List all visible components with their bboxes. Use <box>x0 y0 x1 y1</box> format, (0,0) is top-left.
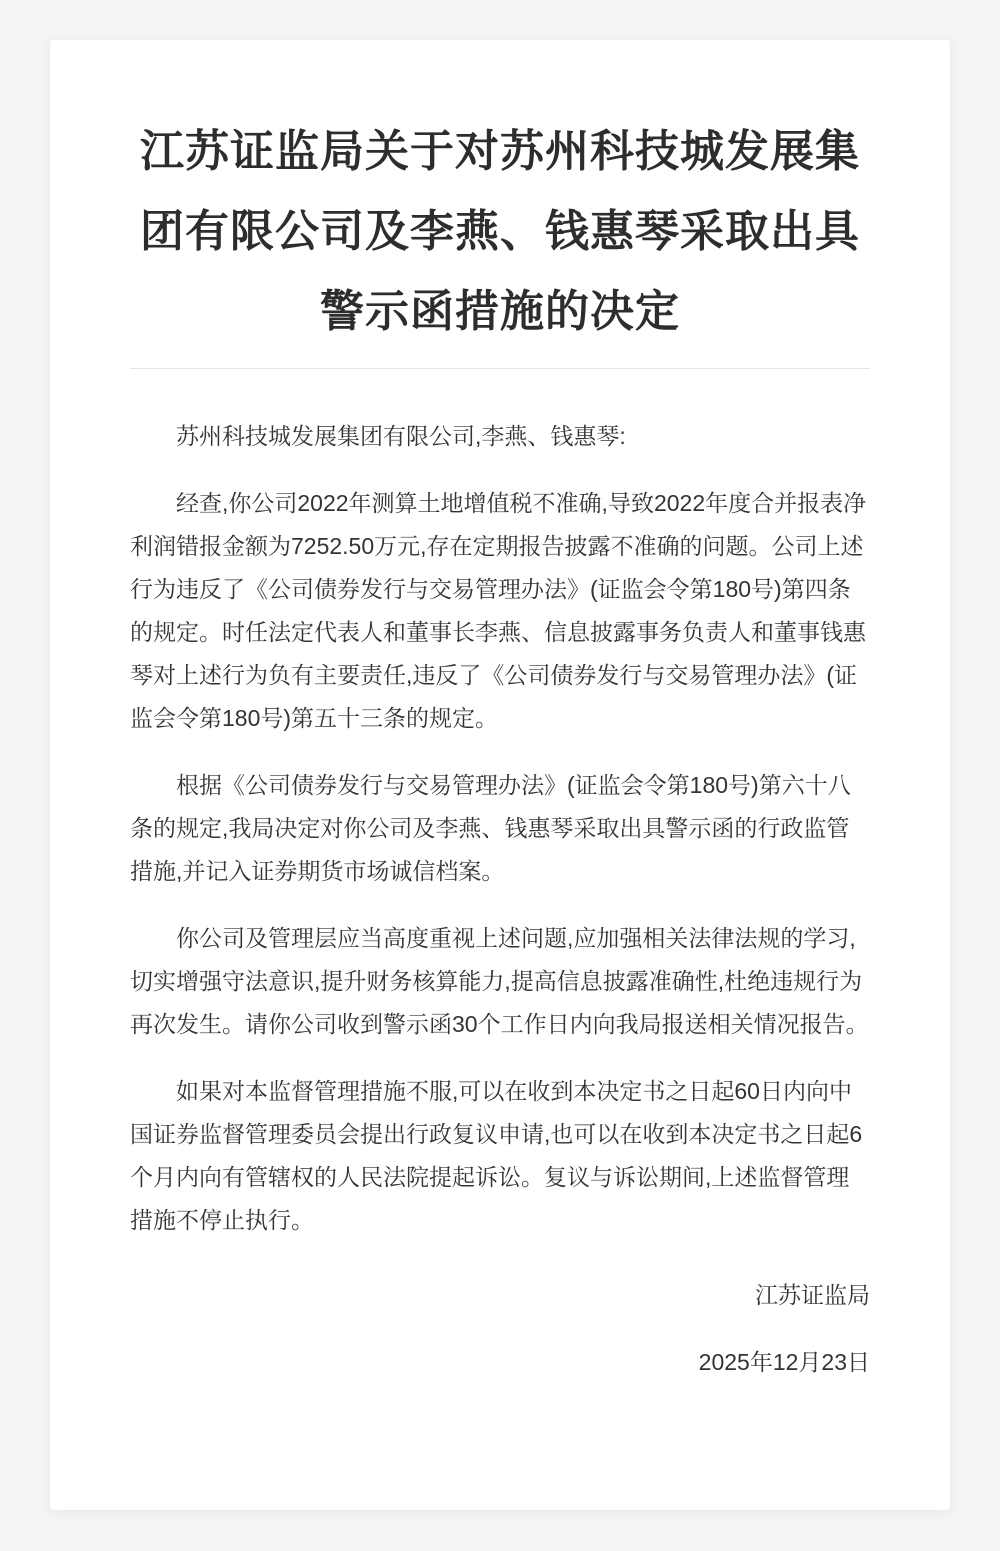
document-card: 江苏证监局关于对苏州科技城发展集 团有限公司及李燕、钱惠琴采取出具 警示函措施的… <box>50 40 950 1510</box>
signature: 江苏证监局 <box>130 1274 870 1317</box>
body-paragraph-4: 如果对本监督管理措施不服,可以在收到本决定书之日起60日内向中国证券监督管理委员… <box>130 1070 870 1242</box>
page-background: 江苏证监局关于对苏州科技城发展集 团有限公司及李燕、钱惠琴采取出具 警示函措施的… <box>0 0 1000 1551</box>
document-title: 江苏证监局关于对苏州科技城发展集 团有限公司及李燕、钱惠琴采取出具 警示函措施的… <box>130 112 870 352</box>
title-divider <box>130 368 870 369</box>
body-paragraph-3: 你公司及管理层应当高度重视上述问题,应加强相关法律法规的学习,切实增强守法意识,… <box>130 917 870 1046</box>
title-line-1: 江苏证监局关于对苏州科技城发展集 <box>130 112 870 192</box>
document-body: 苏州科技城发展集团有限公司,李燕、钱惠琴: 经查,你公司2022年测算土地增值税… <box>130 415 870 1242</box>
title-line-3: 警示函措施的决定 <box>130 272 870 352</box>
body-paragraph-1: 经查,你公司2022年测算土地增值税不准确,导致2022年度合并报表净利润错报金… <box>130 482 870 740</box>
signature-date: 2025年12月23日 <box>130 1341 870 1384</box>
body-paragraph-2: 根据《公司债券发行与交易管理办法》(证监会令第180号)第六十八条的规定,我局决… <box>130 764 870 893</box>
title-line-2: 团有限公司及李燕、钱惠琴采取出具 <box>130 192 870 272</box>
salutation-line: 苏州科技城发展集团有限公司,李燕、钱惠琴: <box>130 415 870 458</box>
